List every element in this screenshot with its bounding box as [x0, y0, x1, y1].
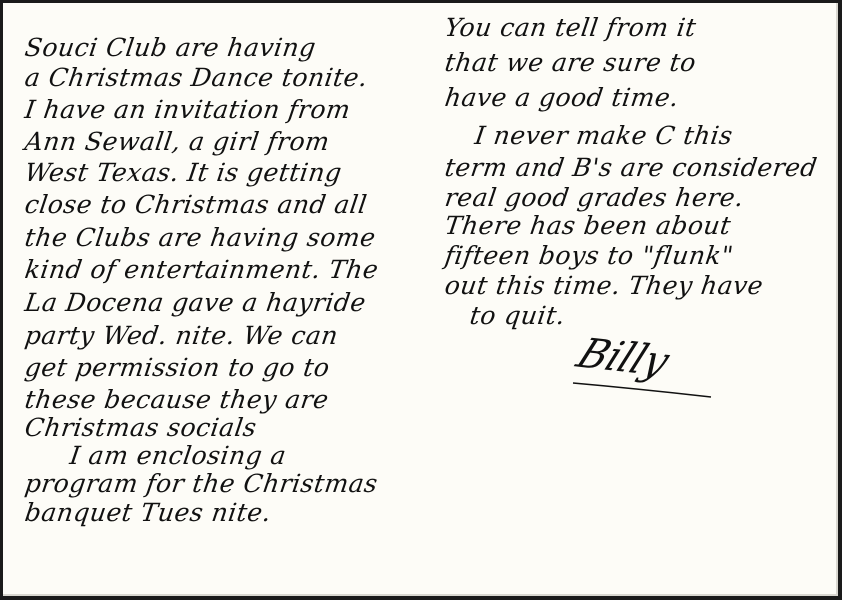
letter-line: Christmas socials	[23, 413, 259, 442]
letter-line: West Texas. It is getting	[23, 158, 344, 187]
letter-line: There has been about	[443, 211, 733, 240]
letter-line: to quit.	[468, 301, 567, 330]
letter-line: have a good time.	[443, 83, 681, 112]
letter-line: that we are sure to	[443, 48, 698, 77]
letter-line: party Wed. nite. We can	[23, 321, 340, 350]
letter-line: I never make C this	[473, 121, 735, 150]
letter-line: out this time. They have	[443, 271, 765, 300]
letter-line: fifteen boys to "flunk"	[443, 241, 735, 270]
letter-line: term and B's are considered	[443, 153, 819, 182]
letter-line: close to Christmas and all	[23, 190, 369, 219]
letter-line: Ann Sewall, a girl from	[23, 127, 332, 156]
letter-line: the Clubs are having some	[23, 223, 378, 252]
letter-line: program for the Christmas	[23, 469, 380, 498]
letter-line: a Christmas Dance tonite.	[23, 63, 370, 92]
letter-line: You can tell from it	[443, 13, 698, 42]
letter-page: Souci Club are having a Christmas Dance …	[3, 3, 838, 596]
letter-line: kind of entertainment. The	[23, 255, 380, 284]
letter-line: Souci Club are having	[23, 33, 318, 62]
letter-line: La Docena gave a hayride	[23, 288, 368, 317]
letter-line: get permission to go to	[23, 353, 332, 382]
letter-line: I have an invitation from	[23, 95, 352, 124]
letter-line: these because they are	[23, 385, 331, 414]
signature: Billy	[570, 330, 676, 385]
signature-flourish	[571, 381, 721, 401]
letter-line: real good grades here.	[443, 183, 746, 212]
letter-line: I am enclosing a	[68, 441, 288, 470]
letter-line: banquet Tues nite.	[23, 498, 273, 527]
